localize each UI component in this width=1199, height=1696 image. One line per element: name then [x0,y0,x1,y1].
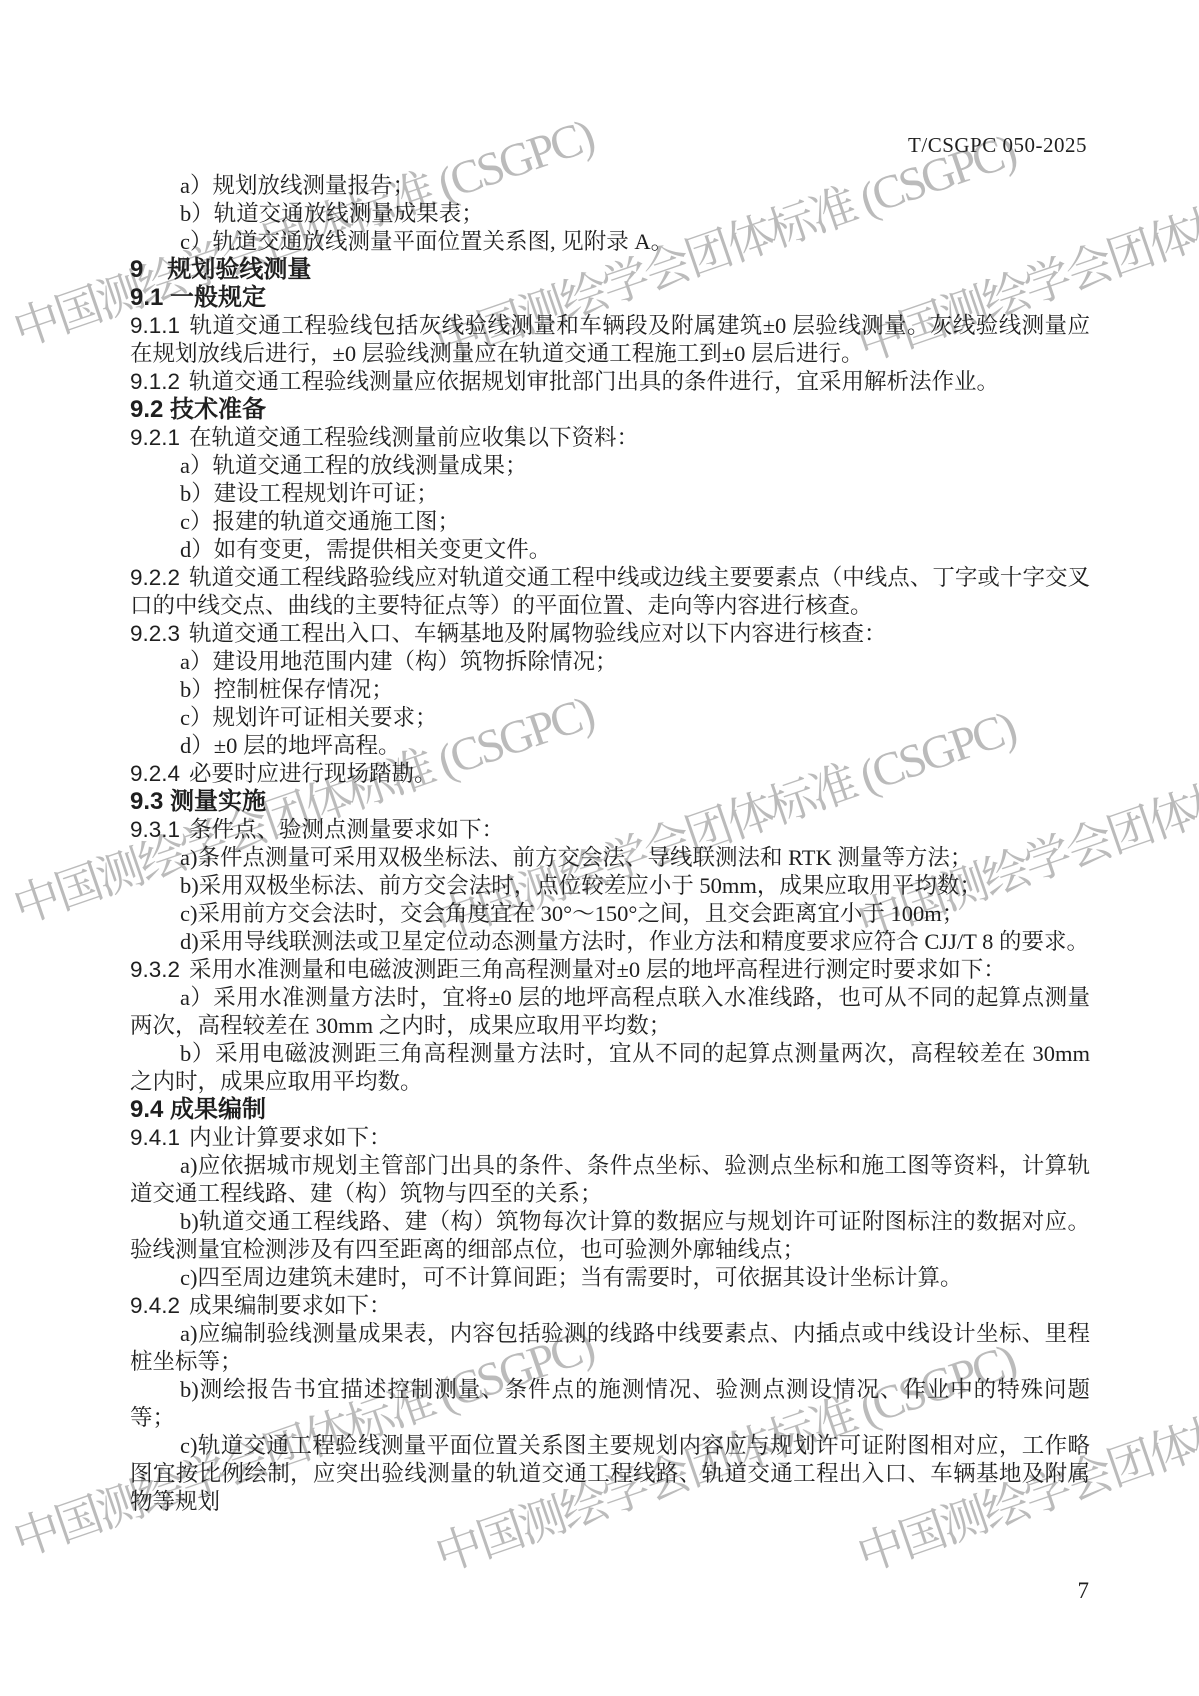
text-run: b）采用电磁波测距三角高程测量方法时，宜从不同的起算点测量两次，高程较差在 30… [130,1041,1090,1094]
list-item: a）采用水准测量方法时，宜将±0 层的地坪高程点联入水准线路，也可从不同的起算点… [130,984,1090,1040]
text-run: 内业计算要求如下： [189,1125,392,1150]
list-item: b)轨道交通工程线路、建（构）筑物每次计算的数据应与规划许可证附图标注的数据对应… [130,1208,1090,1264]
standard-code-header: T/CSGPC 050-2025 [908,133,1087,158]
text-run: 9 规划验线测量 [130,256,311,283]
clause-number: 9.1.2 [130,369,189,394]
list-item: d）±0 层的地坪高程。 [130,732,1090,760]
text-run: b)采用双极坐标法、前方交会法时，点位较差应小于 50mm，成果应取用平均数； [180,873,982,898]
section-heading: 9.3 测量实施 [130,788,1090,816]
clause-paragraph: 9.4.2成果编制要求如下： [130,1292,1090,1320]
text-run: 轨道交通工程出入口、车辆基地及附属物验线应对以下内容进行核查： [189,621,887,646]
text-run: c）报建的轨道交通施工图； [180,509,460,534]
list-item: b）控制桩保存情况； [130,676,1090,704]
text-run: b）控制桩保存情况； [180,677,394,702]
text-run: 必要时应进行现场踏勘。 [189,761,437,786]
text-run: a)条件点测量可采用双极坐标法、前方交会法、导线联测法和 RTK 测量等方法； [180,845,972,870]
text-run: c）规划许可证相关要求； [180,705,438,730]
list-item: c)轨道交通工程验线测量平面位置关系图主要规划内容应与规划许可证附图相对应，工作… [130,1432,1090,1516]
list-item: b)采用双极坐标法、前方交会法时，点位较差应小于 50mm，成果应取用平均数； [130,872,1090,900]
text-run: a)应编制验线测量成果表，内容包括验测的线路中线要素点、内插点或中线设计坐标、里… [130,1321,1090,1374]
list-item: c)采用前方交会法时，交会角度宜在 30°～150°之间，且交会距离宜小于 10… [130,900,1090,928]
clause-number: 9.1.1 [130,313,189,338]
section-heading: 9.1 一般规定 [130,284,1090,312]
clause-number: 9.3.2 [130,957,189,982]
text-run: b）建设工程规划许可证； [180,481,439,506]
text-run: 在轨道交通工程验线测量前应收集以下资料： [189,425,639,450]
clause-number: 9.3.1 [130,817,189,842]
text-run: 9.3 测量实施 [130,788,266,815]
text-run: a）轨道交通工程的放线测量成果； [180,453,528,478]
clause-number: 9.2.2 [130,565,189,590]
clause-number: 9.2.1 [130,425,189,450]
clause-paragraph: 9.3.2采用水准测量和电磁波测距三角高程测量对±0 层的地坪高程进行测定时要求… [130,956,1090,984]
text-run: c)采用前方交会法时，交会角度宜在 30°～150°之间，且交会距离宜小于 10… [180,901,964,926]
text-run: 条件点、验测点测量要求如下： [189,817,504,842]
text-run: b)测绘报告书宜描述控制测量、条件点的施测情况、验测点测设情况、作业中的特殊问题… [130,1377,1090,1430]
text-run: 9.1 一般规定 [130,284,266,311]
clause-paragraph: 9.2.4必要时应进行现场踏勘。 [130,760,1090,788]
list-item: b）采用电磁波测距三角高程测量方法时，宜从不同的起算点测量两次，高程较差在 30… [130,1040,1090,1096]
list-item: a）建设用地范围内建（构）筑物拆除情况； [130,648,1090,676]
clause-paragraph: 9.1.2轨道交通工程验线测量应依据规划审批部门出具的条件进行，宜采用解析法作业… [130,368,1090,396]
text-run: d）±0 层的地坪高程。 [180,733,400,758]
text-run: 成果编制要求如下： [189,1293,392,1318]
clause-paragraph: 9.1.1轨道交通工程验线包括灰线验线测量和车辆段及附属建筑±0 层验线测量。灰… [130,312,1090,368]
document-body: a）规划放线测量报告；b）轨道交通放线测量成果表；c）轨道交通放线测量平面位置关… [130,172,1090,1516]
text-run: 轨道交通工程线路验线应对轨道交通工程中线或边线主要要素点（中线点、丁字或十字交叉… [130,565,1090,618]
list-item: c）报建的轨道交通施工图； [130,508,1090,536]
list-item: d)采用导线联测法或卫星定位动态测量方法时，作业方法和精度要求应符合 CJJ/T… [130,928,1090,956]
section-heading: 9.2 技术准备 [130,396,1090,424]
text-run: a）建设用地范围内建（构）筑物拆除情况； [180,649,618,674]
clause-number: 9.4.2 [130,1293,189,1318]
list-item: b)测绘报告书宜描述控制测量、条件点的施测情况、验测点测设情况、作业中的特殊问题… [130,1376,1090,1432]
clause-paragraph: 9.2.1在轨道交通工程验线测量前应收集以下资料： [130,424,1090,452]
chapter-heading: 9 规划验线测量 [130,256,1090,284]
clause-paragraph: 9.3.1条件点、验测点测量要求如下： [130,816,1090,844]
list-item: c）规划许可证相关要求； [130,704,1090,732]
text-run: b)轨道交通工程线路、建（构）筑物每次计算的数据应与规划许可证附图标注的数据对应… [130,1209,1090,1262]
clause-number: 9.4.1 [130,1125,189,1150]
text-run: a）规划放线测量报告； [180,173,415,198]
list-item: a）规划放线测量报告； [130,172,1090,200]
text-run: a）采用水准测量方法时，宜将±0 层的地坪高程点联入水准线路，也可从不同的起算点… [130,985,1090,1038]
text-run: 9.2 技术准备 [130,396,266,423]
text-run: 9.4 成果编制 [130,1096,266,1123]
clause-paragraph: 9.4.1内业计算要求如下： [130,1124,1090,1152]
text-run: d)采用导线联测法或卫星定位动态测量方法时，作业方法和精度要求应符合 CJJ/T… [180,929,1089,954]
text-run: 采用水准测量和电磁波测距三角高程测量对±0 层的地坪高程进行测定时要求如下： [189,957,1006,982]
list-item: b）轨道交通放线测量成果表； [130,200,1090,228]
text-run: b）轨道交通放线测量成果表； [180,201,484,226]
text-run: 轨道交通工程验线测量应依据规划审批部门出具的条件进行，宜采用解析法作业。 [189,369,999,394]
clause-paragraph: 9.2.2轨道交通工程线路验线应对轨道交通工程中线或边线主要要素点（中线点、丁字… [130,564,1090,620]
text-run: c）轨道交通放线测量平面位置关系图, 见附录 A。 [180,229,673,254]
list-item: c)四至周边建筑未建时，可不计算间距；当有需要时，可依据其设计坐标计算。 [130,1264,1090,1292]
list-item: a)应依据城市规划主管部门出具的条件、条件点坐标、验测点坐标和施工图等资料，计算… [130,1152,1090,1208]
list-item: b）建设工程规划许可证； [130,480,1090,508]
text-run: 轨道交通工程验线包括灰线验线测量和车辆段及附属建筑±0 层验线测量。灰线验线测量… [130,313,1090,366]
text-run: c)轨道交通工程验线测量平面位置关系图主要规划内容应与规划许可证附图相对应，工作… [130,1433,1090,1514]
text-run: d）如有变更，需提供相关变更文件。 [180,537,551,562]
list-item: a)条件点测量可采用双极坐标法、前方交会法、导线联测法和 RTK 测量等方法； [130,844,1090,872]
clause-number: 9.2.4 [130,761,189,786]
clause-number: 9.2.3 [130,621,189,646]
list-item: c）轨道交通放线测量平面位置关系图, 见附录 A。 [130,228,1090,256]
clause-paragraph: 9.2.3轨道交通工程出入口、车辆基地及附属物验线应对以下内容进行核查： [130,620,1090,648]
page-number: 7 [1078,1578,1090,1604]
list-item: a）轨道交通工程的放线测量成果； [130,452,1090,480]
text-run: a)应依据城市规划主管部门出具的条件、条件点坐标、验测点坐标和施工图等资料，计算… [130,1153,1090,1206]
section-heading: 9.4 成果编制 [130,1096,1090,1124]
document-page: 中国测绘学会团体标准 (CSGPC) 中国测绘学会团体标准 (CSGPC) 中国… [0,0,1199,1696]
text-run: c)四至周边建筑未建时，可不计算间距；当有需要时，可依据其设计坐标计算。 [180,1265,962,1290]
list-item: a)应编制验线测量成果表，内容包括验测的线路中线要素点、内插点或中线设计坐标、里… [130,1320,1090,1376]
list-item: d）如有变更，需提供相关变更文件。 [130,536,1090,564]
